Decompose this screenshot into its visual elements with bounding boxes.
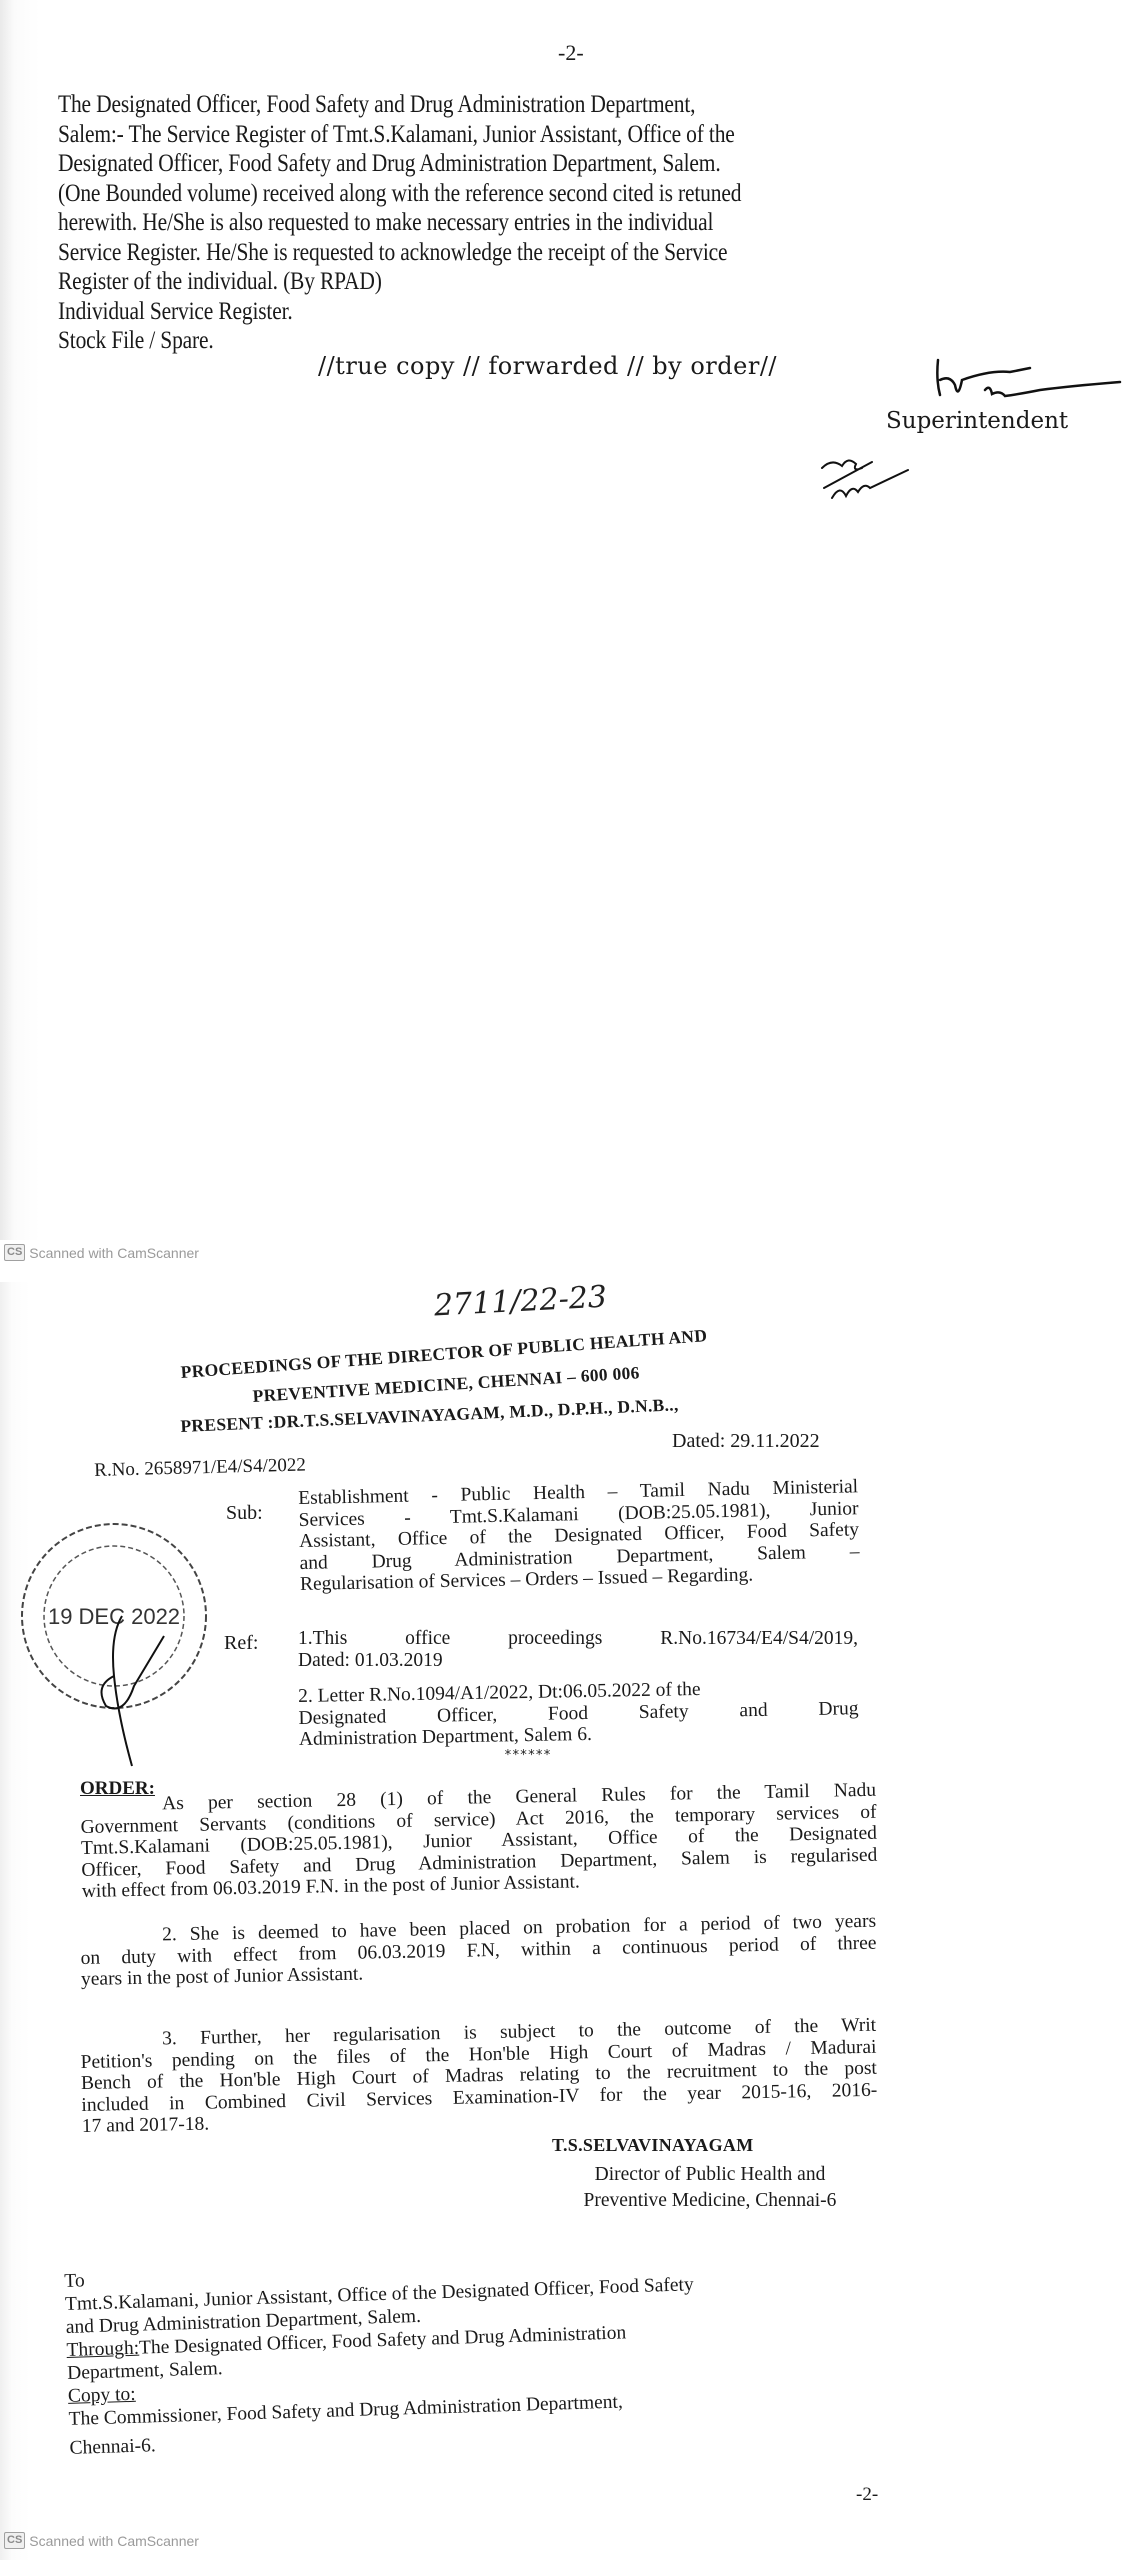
page-footer-number: -2- bbox=[856, 2484, 878, 2506]
through-label: Through: bbox=[66, 2338, 139, 2361]
body-line: Register of the individual. (By RPAD) bbox=[58, 267, 927, 297]
designation-line: Preventive Medicine, Chennai-6 bbox=[540, 2188, 880, 2214]
watermark-text: Scanned with CamScanner bbox=[29, 2533, 199, 2549]
body-line: Service Register. He/She is requested to… bbox=[58, 238, 927, 268]
forwarded-line: //true copy // forwarded // by order// bbox=[318, 352, 777, 380]
body-line: Salem:- The Service Register of Tmt.S.Ka… bbox=[58, 120, 927, 150]
subject-block: Establishment - Public Health – Tamil Na… bbox=[298, 1476, 860, 1595]
order-paragraph-1: As per section 28 (1) of the General Rul… bbox=[80, 1780, 878, 1903]
separator: ****** bbox=[504, 1748, 551, 1763]
reference-line: 1.This office proceedings R.No.16734/E4/… bbox=[298, 1628, 858, 1650]
page-1: -2- The Designated Officer, Food Safety … bbox=[0, 0, 1132, 1240]
camscanner-logo-icon: CS bbox=[4, 1244, 25, 1261]
signatory-name: T.S.SELVAVINAYAGAM bbox=[552, 2135, 754, 2156]
reference-2: 2. Letter R.No.1094/A1/2022, Dt:06.05.20… bbox=[298, 1676, 859, 1750]
initials-icon bbox=[812, 448, 922, 508]
watermark-text: Scanned with CamScanner bbox=[29, 1245, 199, 1261]
body-line: Designated Officer, Food Safety and Drug… bbox=[58, 149, 927, 179]
address-block: To Tmt.S.Kalamani, Junior Assistant, Off… bbox=[64, 2245, 870, 2460]
body-line: Individual Service Register. bbox=[58, 297, 927, 327]
official-seal-icon: 19 DEC 2022 bbox=[14, 1516, 234, 1776]
designation-line: Director of Public Health and bbox=[540, 2162, 880, 2188]
reference-line: Dated: 01.03.2019 bbox=[298, 1650, 858, 1672]
camscanner-logo-icon: CS bbox=[4, 2532, 25, 2549]
reference-1: 1.This office proceedings R.No.16734/E4/… bbox=[298, 1628, 858, 1671]
camscanner-watermark: CS Scanned with CamScanner bbox=[4, 2532, 199, 2549]
order-paragraph-3: 3. Further, her regularisation is subjec… bbox=[80, 2015, 878, 2138]
body-line: (One Bounded volume) received along with… bbox=[58, 179, 927, 209]
body-line: herewith. He/She is also requested to ma… bbox=[58, 208, 927, 238]
letter-body: The Designated Officer, Food Safety and … bbox=[58, 90, 927, 356]
signatory-designation: Superintendent bbox=[886, 408, 1068, 434]
signatory-designation-block: Director of Public Health and Preventive… bbox=[540, 2162, 880, 2214]
page-number: -2- bbox=[558, 40, 584, 66]
dated: Dated: 29.11.2022 bbox=[672, 1430, 820, 1453]
body-line: The Designated Officer, Food Safety and … bbox=[58, 90, 927, 120]
seal-date: 19 DEC 2022 bbox=[48, 1604, 180, 1629]
camscanner-watermark: CS Scanned with CamScanner bbox=[4, 1244, 199, 1261]
